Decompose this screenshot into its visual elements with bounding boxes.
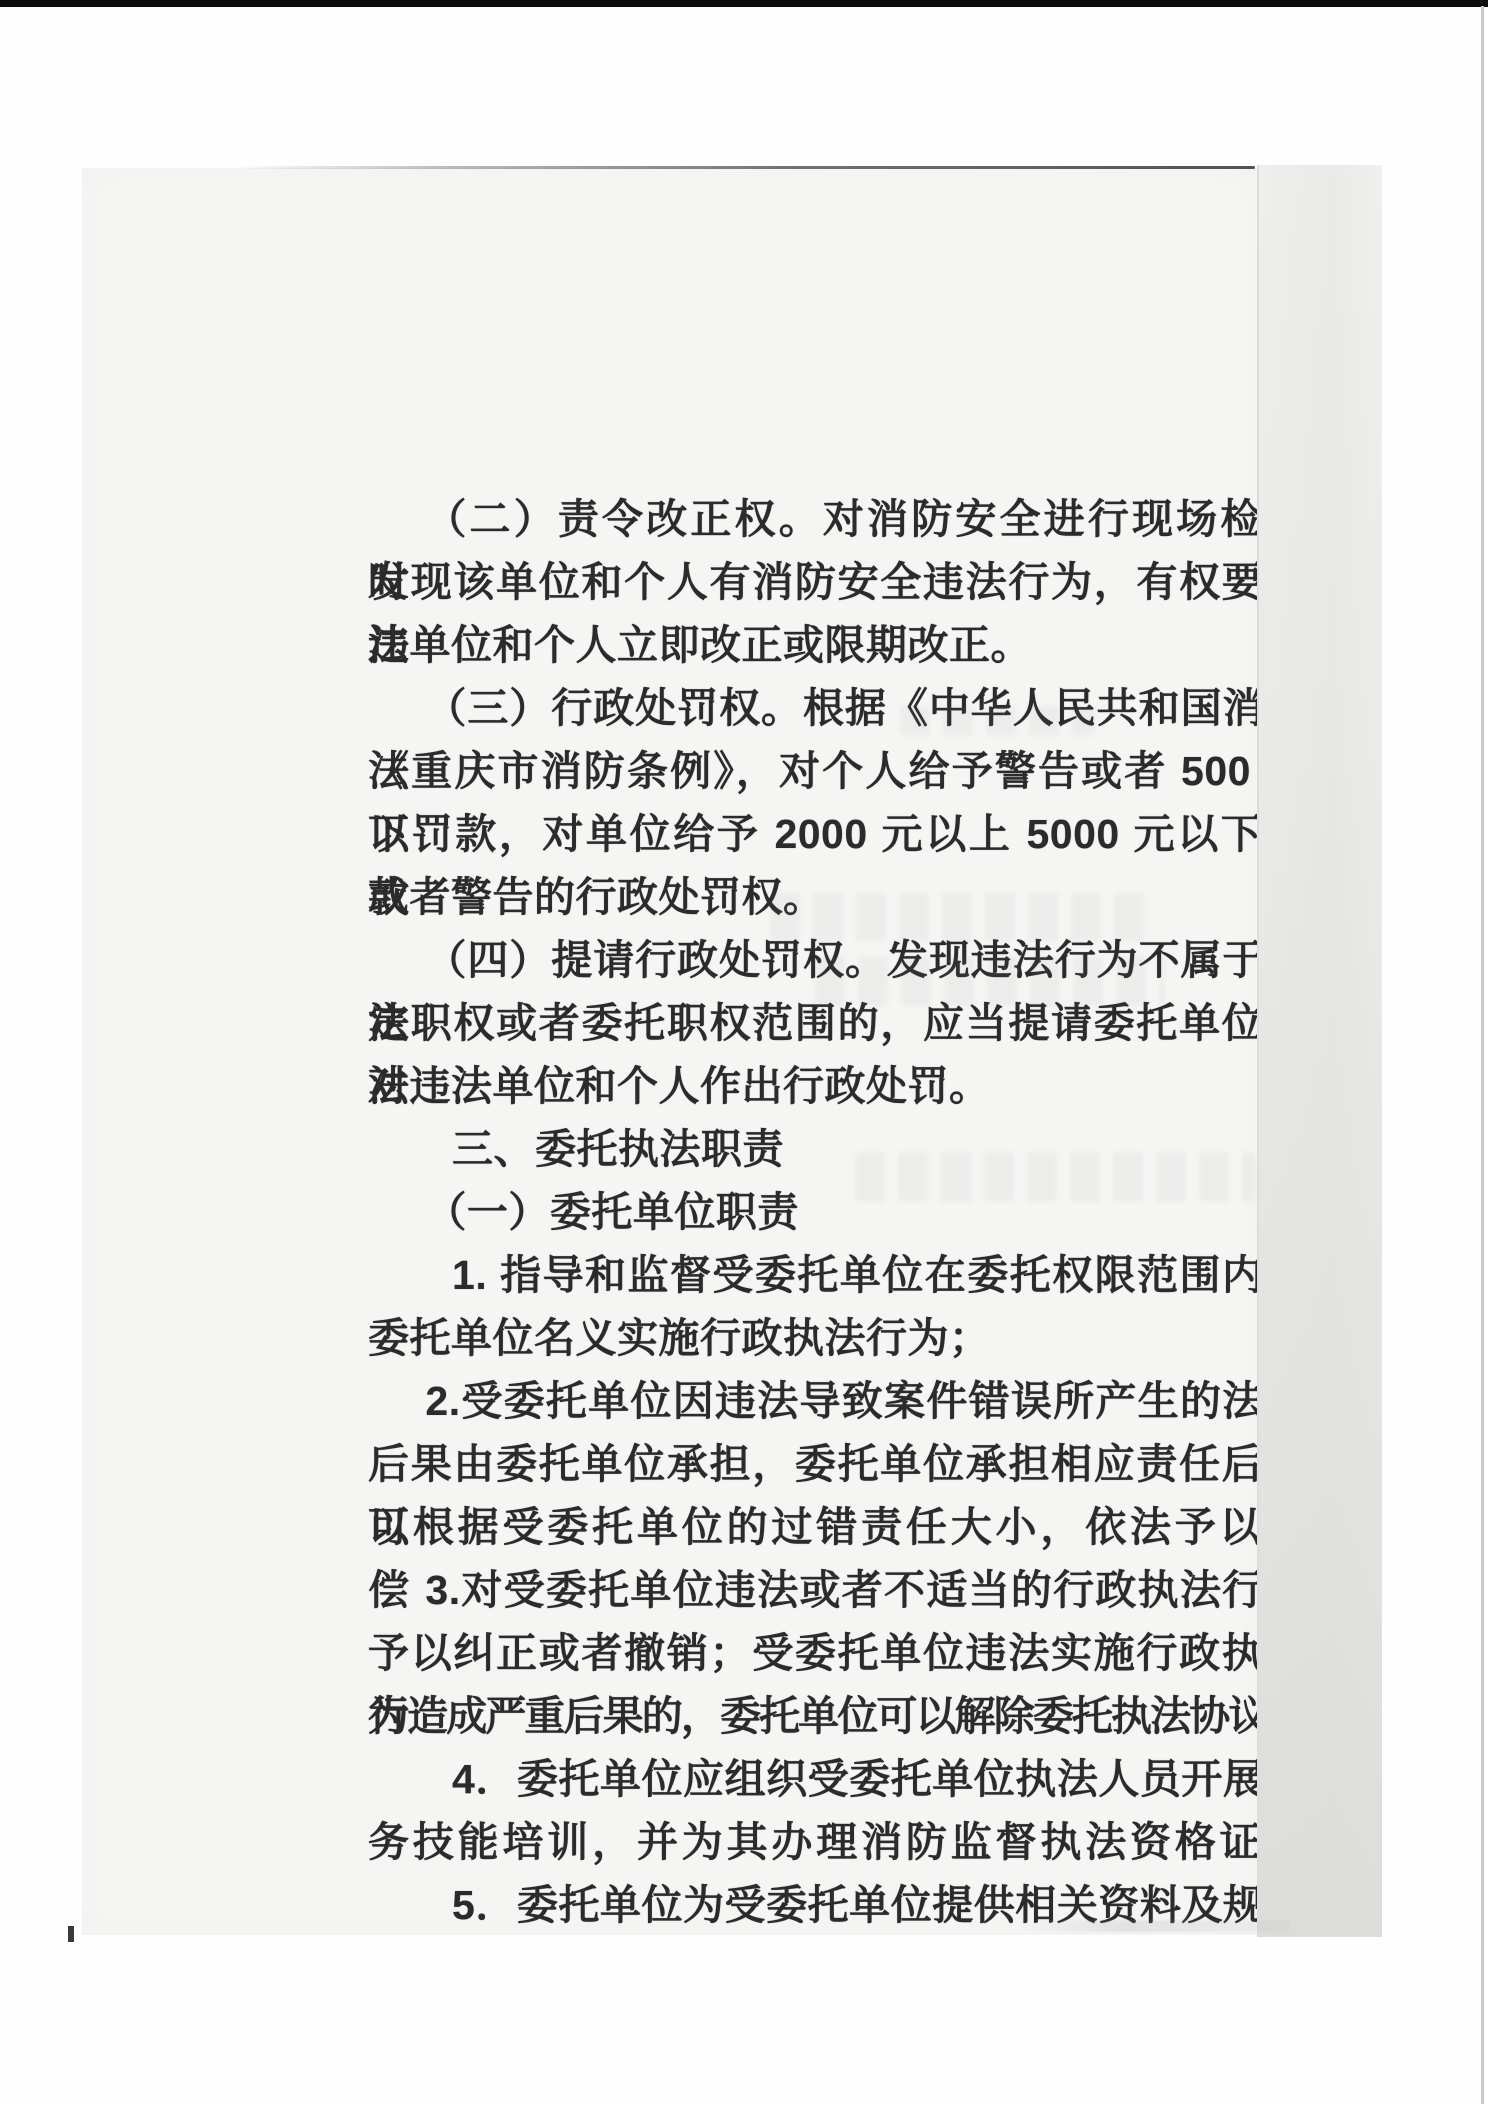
text-line: 1. 指导和监督受委托单位在委托权限范围内以 (368, 1244, 1306, 1307)
scan-smudge (1020, 1920, 1290, 1932)
text-line: 发现该单位和个人有消防安全违法行为，有权要求违 (368, 551, 1306, 614)
text-line: 2.受委托单位因违法导致案件错误所产生的法律 (368, 1370, 1306, 1433)
text-line: （三）行政处罚权。根据《中华人民共和国消防法》 (368, 677, 1306, 740)
page-corner-mark (68, 1926, 74, 1942)
text-line: 予以纠正或者撤销；受委托单位违法实施行政执法行 (368, 1622, 1306, 1685)
text-line: 后果由委托单位承担，委托单位承担相应责任后，可 (368, 1433, 1306, 1496)
text-line: 下罚款，对单位给予 2000 元以上 5000 元以下罚款 (368, 803, 1306, 866)
text-line: 3.对受委托单位违法或者不适当的行政执法行为 (368, 1559, 1306, 1622)
scanner-right-edge-line (1481, 6, 1484, 2104)
ink-bleed-through (815, 956, 1165, 1006)
text-line: 为造成严重后果的，委托单位可以解除委托执法协议； (368, 1685, 1306, 1748)
scanned-document: （二）责令改正权。对消防安全进行现场检查时， 发现该单位和个人有消防安全违法行为… (0, 0, 1488, 2104)
text-line: 法单位和个人立即改正或限期改正。 (368, 614, 1306, 677)
text-line: （二）责令改正权。对消防安全进行现场检查时， (368, 488, 1306, 551)
paper-sheet: （二）责令改正权。对消防安全进行现场检查时， 发现该单位和个人有消防安全违法行为… (82, 168, 1257, 1935)
text-line: 以根据受委托单位的过错责任大小，依法予以追偿； (368, 1496, 1306, 1559)
text-line: 委托单位名义实施行政执法行为； (368, 1307, 1306, 1370)
text-line: 务技能培训，并为其办理消防监督执法资格证； (368, 1811, 1306, 1874)
ink-bleed-through (770, 893, 1155, 941)
ink-bleed-through (900, 706, 1095, 736)
text-line: 4．委托单位应组织受委托单位执法人员开展业 (368, 1748, 1306, 1811)
ink-bleed-through (855, 1152, 1255, 1202)
scanner-top-edge-bar (0, 0, 1488, 7)
document-text-block: （二）责令改正权。对消防安全进行现场检查时， 发现该单位和个人有消防安全违法行为… (368, 488, 1306, 1937)
text-line: 对违法单位和个人作出行政处罚。 (368, 1055, 1306, 1118)
page-gutter-shadow (1257, 165, 1382, 1937)
paper-top-edge-line (232, 166, 1255, 169)
text-line: 《重庆市消防条例》，对个人给予警告或者 500 元以 (368, 740, 1306, 803)
